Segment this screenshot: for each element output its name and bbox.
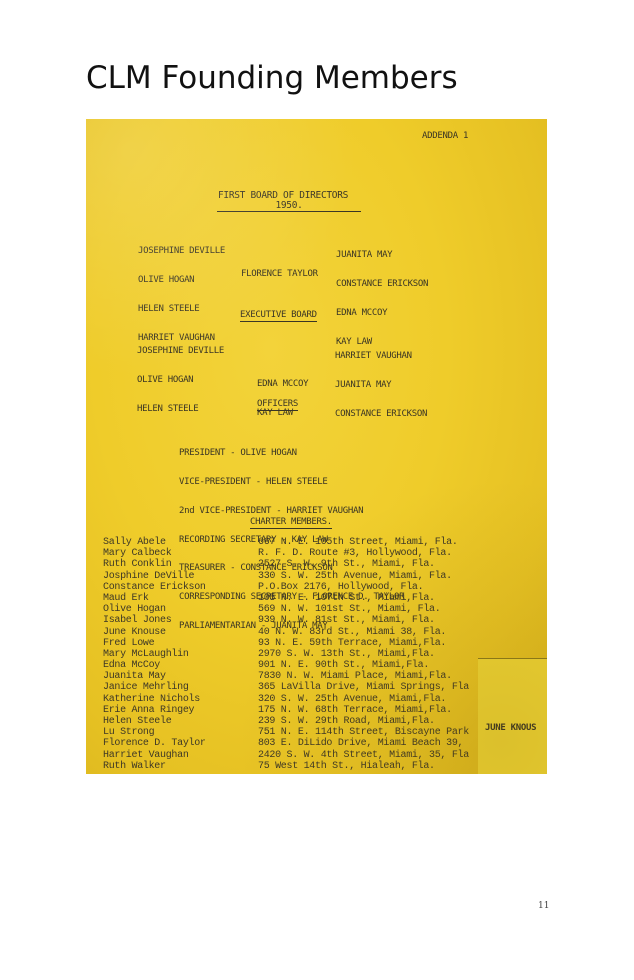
executive-board-left: JOSEPHINE DEVILLE OLIVE HOGAN HELEN STEE… [137, 328, 224, 434]
member-name: Fred Lowe [103, 638, 206, 649]
member-name: Helen Steele [103, 716, 206, 727]
officer-line: PRESIDENT - OLIVE HOGAN [179, 449, 404, 459]
member-name: Ruth Conklin [103, 559, 206, 570]
executive-board-right: HARRIET VAUGHAN JUANITA MAY CONSTANCE ER… [335, 333, 427, 439]
member-name: Florence D. Taylor [103, 738, 206, 749]
member-address: 2970 S. W. 13th St., Miami,Fla. [258, 649, 469, 660]
member-address: 330 S. W. 25th Avenue, Miami, Fla. [258, 571, 469, 582]
member-address: R. F. D. Route #3, Hollywood, Fla. [258, 548, 469, 559]
officer-line: VICE-PRESIDENT - HELEN STEELE [179, 478, 404, 488]
member-address: 75 West 14th St., Hialeah, Fla. [258, 761, 469, 772]
member-name: Juanita May [103, 671, 206, 682]
member-address: 751 N. E. 114th Street, Biscayne Park [258, 727, 469, 738]
member-address: 93 N. E. 59th Terrace, Miami,Fla. [258, 638, 469, 649]
member-address: P.O.Box 2176, Hollywood, Fla. [258, 582, 469, 593]
member-address: 667 N. E. 105th Street, Miami, Fla. [258, 537, 469, 548]
director-name: JUANITA MAY [336, 251, 428, 261]
member-address: 939 N. W. 81st St., Miami, Fla. [258, 615, 469, 626]
member-name: Maud Erk [103, 593, 206, 604]
member-address: 40 N. W. 83rd St., Miami 38, Fla. [258, 627, 469, 638]
first-board-year: 1950. [217, 201, 361, 212]
board-member: CONSTANCE ERICKSON [335, 410, 427, 420]
member-name: Sally Abele [103, 537, 206, 548]
member-name: Lu Strong [103, 727, 206, 738]
overlapping-paper [478, 658, 547, 774]
director-name: OLIVE HOGAN [138, 276, 225, 286]
member-address: 175 N. W. 68th Terrace, Miami,Fla. [258, 705, 469, 716]
member-address: 365 LaVilla Drive, Miami Springs, Fla [258, 682, 469, 693]
member-name: Erie Anna Ringey [103, 705, 206, 716]
officer-line: 2nd VICE-PRESIDENT - HARRIET VAUGHAN [179, 507, 404, 517]
board-member: JOSEPHINE DEVILLE [137, 347, 224, 357]
member-address: 320 S. W. 25th Avenue, Miami,Fla. [258, 694, 469, 705]
addenda-label: ADDENDA 1 [422, 132, 468, 142]
member-name: Katherine Nichols [103, 694, 206, 705]
page-number: 11 [538, 901, 549, 911]
director-name: HELEN STEELE [138, 305, 225, 315]
member-name: Janice Mehrling [103, 682, 206, 693]
member-addresses: 667 N. E. 105th Street, Miami, Fla.R. F.… [258, 537, 469, 772]
member-address: 803 E. DiLido Drive, Miami Beach 39, [258, 738, 469, 749]
member-address: 901 N. E. 90th St., Miami,Fla. [258, 660, 469, 671]
member-name: Josphine DeVille [103, 571, 206, 582]
member-name: Ruth Walker [103, 761, 206, 772]
member-name: Isabel Jones [103, 615, 206, 626]
charter-members-heading: CHARTER MEMBERS. [250, 518, 332, 529]
member-name: Mary Calbeck [103, 548, 206, 559]
member-names: Sally AbeleMary CalbeckRuth ConklinJosph… [103, 537, 206, 772]
board-member: JUANITA MAY [335, 381, 427, 391]
member-name: Edna McCoy [103, 660, 206, 671]
board-member: HARRIET VAUGHAN [335, 352, 427, 362]
member-name: Mary McLaughlin [103, 649, 206, 660]
director-name: CONSTANCE ERICKSON [336, 280, 428, 290]
director-name: JOSEPHINE DEVILLE [138, 247, 225, 257]
member-name: Harriet Vaughan [103, 750, 206, 761]
board-member: OLIVE HOGAN [137, 376, 224, 386]
board-member: EDNA MCCOY [257, 380, 308, 390]
side-note: JUNE KNOUS [485, 724, 536, 734]
first-board-center: FLORENCE TAYLOR [241, 270, 318, 280]
board-member: HELEN STEELE [137, 405, 224, 415]
member-address: 569 N. W. 101st St., Miami, Fla. [258, 604, 469, 615]
member-address: 2527 S. W. 9th St., Miami, Fla. [258, 559, 469, 570]
member-name: Constance Erickson [103, 582, 206, 593]
member-name: June Knouse [103, 627, 206, 638]
member-address: 2420 S. W. 4th Street, Miami, 35, Fla [258, 750, 469, 761]
executive-board-heading: EXECUTIVE BOARD [240, 311, 317, 322]
member-address: 7830 N. W. Miami Place, Miami,Fla. [258, 671, 469, 682]
member-address: 239 S. W. 29th Road, Miami,Fla. [258, 716, 469, 727]
officers-heading: OFFICERS [257, 400, 298, 411]
member-name: Olive Hogan [103, 604, 206, 615]
director-name: EDNA MCCOY [336, 309, 428, 319]
page-title: CLM Founding Members [86, 60, 458, 96]
document-photo: ADDENDA 1 FIRST BOARD OF DIRECTORS 1950.… [86, 119, 547, 774]
member-address: 105 N. E. 107th St., Miami,Fla. [258, 593, 469, 604]
